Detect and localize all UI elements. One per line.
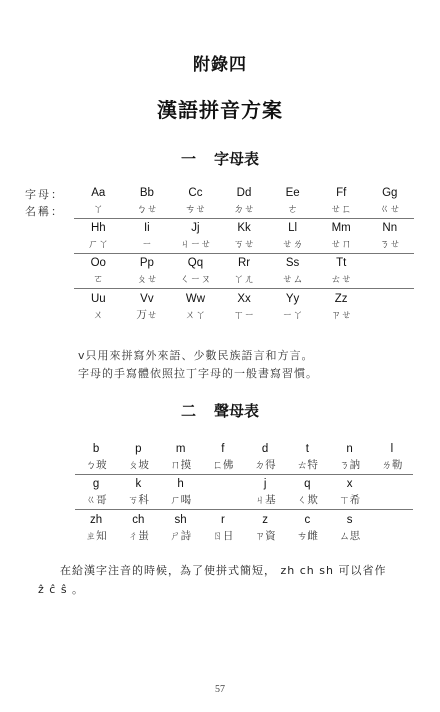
table-row: gㄍ哥kㄎ科hㄏ喝 jㄐ基qㄑ欺xㄒ希: [75, 475, 413, 510]
page-title: 漢語拼音方案: [0, 94, 440, 123]
table-row: UuㄨVvㄪㄝWwㄨㄚXxㄒㄧYyㄧㄚZzㄗㄝ: [74, 289, 414, 324]
table-cell: dㄉ得: [244, 440, 286, 474]
table-cell: Ffㄝㄈ: [317, 184, 366, 218]
bopomofo: ㄌ勒: [371, 457, 413, 473]
letter: n: [329, 441, 371, 457]
letter: Bb: [123, 185, 172, 201]
letter: Ss: [268, 255, 317, 271]
table-cell: [371, 510, 413, 545]
label-letter: 字母：: [25, 186, 64, 203]
bopomofo: ㄈ佛: [202, 457, 244, 473]
table-cell: kㄎ科: [117, 475, 159, 509]
table-cell: Eeㄜ: [268, 184, 317, 218]
letter: p: [117, 441, 159, 457]
letter: Ff: [317, 185, 366, 201]
letter: f: [202, 441, 244, 457]
table-cell: Ccㄘㄝ: [171, 184, 220, 218]
letter: q: [286, 476, 328, 492]
bopomofo: ㄔ蚩: [117, 528, 159, 544]
bopomofo: ㄊㄝ: [317, 271, 366, 287]
paragraph: 在給漢字注音的時候，為了使拼式簡短， zh ch sh 可以省作 ẑ ĉ ŝ 。: [38, 561, 426, 599]
letter: Vv: [123, 291, 172, 307]
bopomofo: ㄘㄝ: [171, 201, 220, 217]
alphabet-table: AaㄚBbㄅㄝCcㄘㄝDdㄉㄝEeㄜFfㄝㄈGgㄍㄝHhㄏㄚIiㄧJjㄐㄧㄝKk…: [74, 184, 414, 324]
letter: Ii: [123, 220, 172, 236]
letter: Rr: [220, 255, 269, 271]
letter: m: [160, 441, 202, 457]
section-number: 一: [181, 148, 196, 169]
table-cell: mㄇ摸: [160, 440, 202, 474]
section-title: 聲母表: [214, 402, 259, 420]
note-line-2: 字母的手寫體依照拉丁字母的一般書寫習慣。: [78, 365, 318, 381]
table-cell: Uuㄨ: [74, 289, 123, 324]
bopomofo: ㄐㄧㄝ: [171, 236, 220, 252]
bopomofo: ㄋ訥: [329, 457, 371, 473]
letter: Jj: [171, 220, 220, 236]
letter: Nn: [365, 220, 414, 236]
initials-table: bㄅ玻pㄆ坡mㄇ摸fㄈ佛dㄉ得tㄊ特nㄋ訥lㄌ勒gㄍ哥kㄎ科hㄏ喝 jㄐ基qㄑ欺…: [75, 440, 413, 545]
letter: sh: [160, 512, 202, 528]
bopomofo: ㄝㄇ: [317, 236, 366, 252]
table-cell: hㄏ喝: [160, 475, 202, 509]
bopomofo: ㄍ哥: [75, 492, 117, 508]
letter: Dd: [220, 185, 269, 201]
letter: Xx: [220, 291, 269, 307]
letter: Yy: [268, 291, 317, 307]
bopomofo: ㄘ雌: [286, 528, 328, 544]
table-cell: Ssㄝㄙ: [268, 254, 317, 288]
letter: s: [329, 512, 371, 528]
table-cell: Qqㄑㄧㄡ: [171, 254, 220, 288]
bopomofo: ㄒㄧ: [220, 307, 269, 323]
table-cell: [365, 254, 414, 288]
letter: Hh: [74, 220, 123, 236]
bopomofo: ㄙ思: [329, 528, 371, 544]
bopomofo: ㄧㄚ: [268, 307, 317, 323]
bopomofo: ㄆ坡: [117, 457, 159, 473]
letter: c: [286, 512, 328, 528]
table-row: OoㄛPpㄆㄝQqㄑㄧㄡRrㄚㄦSsㄝㄙTtㄊㄝ: [74, 254, 414, 289]
table-cell: zㄗ資: [244, 510, 286, 545]
note-line-1: v只用來拼寫外來語、少數民族語言和方言。: [78, 347, 314, 363]
page-number: 57: [0, 684, 440, 695]
bopomofo: ㄑㄧㄡ: [171, 271, 220, 287]
bopomofo: ㄛ: [74, 271, 123, 287]
bopomofo: ㄚㄦ: [220, 271, 269, 287]
table-row: zhㄓ知chㄔ蚩shㄕ詩rㄖ日zㄗ資cㄘ雌sㄙ思: [75, 510, 413, 545]
table-cell: Bbㄅㄝ: [123, 184, 172, 218]
label-name: 名稱：: [25, 203, 64, 220]
letter: Zz: [317, 291, 366, 307]
bopomofo: ㄆㄝ: [123, 271, 172, 287]
bopomofo: ㄗㄝ: [317, 307, 366, 323]
bopomofo: [371, 528, 413, 544]
bopomofo: ㄖ日: [202, 528, 244, 544]
bopomofo: ㄗ資: [244, 528, 286, 544]
bopomofo: ㄉㄝ: [220, 201, 269, 217]
table-row: bㄅ玻pㄆ坡mㄇ摸fㄈ佛dㄉ得tㄊ特nㄋ訥lㄌ勒: [75, 440, 413, 475]
bopomofo: ㄅㄝ: [123, 201, 172, 217]
letter: [371, 512, 413, 528]
table-cell: fㄈ佛: [202, 440, 244, 474]
table-cell: Kkㄎㄝ: [220, 219, 269, 253]
bopomofo: ㄜ: [268, 201, 317, 217]
section-title: 字母表: [214, 150, 259, 168]
table-row: AaㄚBbㄅㄝCcㄘㄝDdㄉㄝEeㄜFfㄝㄈGgㄍㄝ: [74, 184, 414, 219]
bopomofo: ㄚ: [74, 201, 123, 217]
bopomofo: ㄇ摸: [160, 457, 202, 473]
letter: Tt: [317, 255, 366, 271]
table-cell: Iiㄧ: [123, 219, 172, 253]
table-cell: Aaㄚ: [74, 184, 123, 218]
letter: Oo: [74, 255, 123, 271]
bopomofo: ㄧ: [123, 236, 172, 252]
letter: Kk: [220, 220, 269, 236]
bopomofo: ㄒ希: [329, 492, 371, 508]
letter: j: [244, 476, 286, 492]
bopomofo: [365, 307, 414, 323]
table-cell: Wwㄨㄚ: [171, 289, 220, 324]
table-cell: Hhㄏㄚ: [74, 219, 123, 253]
letter: b: [75, 441, 117, 457]
table-cell: Xxㄒㄧ: [220, 289, 269, 324]
table-cell: Nnㄋㄝ: [365, 219, 414, 253]
bopomofo: [202, 492, 244, 508]
bopomofo: ㄋㄝ: [365, 236, 414, 252]
table-cell: Yyㄧㄚ: [268, 289, 317, 324]
letter: Qq: [171, 255, 220, 271]
letter: Gg: [365, 185, 414, 201]
table-cell: tㄊ特: [286, 440, 328, 474]
bopomofo: ㄨ: [74, 307, 123, 323]
letter: g: [75, 476, 117, 492]
table-cell: cㄘ雌: [286, 510, 328, 545]
letter: d: [244, 441, 286, 457]
table-cell: Zzㄗㄝ: [317, 289, 366, 324]
bopomofo: ㄨㄚ: [171, 307, 220, 323]
table-cell: rㄖ日: [202, 510, 244, 545]
letter: ch: [117, 512, 159, 528]
bopomofo: ㄑ欺: [286, 492, 328, 508]
bopomofo: ㄝㄙ: [268, 271, 317, 287]
table-cell: zhㄓ知: [75, 510, 117, 545]
letter: x: [329, 476, 371, 492]
bopomofo: ㄝㄌ: [268, 236, 317, 252]
letter: Pp: [123, 255, 172, 271]
table-cell: [202, 475, 244, 509]
table-cell: Ddㄉㄝ: [220, 184, 269, 218]
table-cell: Mmㄝㄇ: [317, 219, 366, 253]
letter: z: [244, 512, 286, 528]
table-cell: Vvㄪㄝ: [123, 289, 172, 324]
letter: [365, 255, 414, 271]
letter: h: [160, 476, 202, 492]
table-cell: jㄐ基: [244, 475, 286, 509]
table-cell: [371, 475, 413, 509]
letter: Mm: [317, 220, 366, 236]
table-cell: Ggㄍㄝ: [365, 184, 414, 218]
table-cell: sㄙ思: [329, 510, 371, 545]
bopomofo: ㄕ詩: [160, 528, 202, 544]
appendix-label: 附錄四: [0, 50, 440, 75]
bopomofo: ㄍㄝ: [365, 201, 414, 217]
table-cell: xㄒ希: [329, 475, 371, 509]
paragraph-line-1: 在給漢字注音的時候，為了使拼式簡短， zh ch sh 可以省作: [60, 564, 386, 577]
table-cell: shㄕ詩: [160, 510, 202, 545]
table-cell: Ooㄛ: [74, 254, 123, 288]
table-cell: Ppㄆㄝ: [123, 254, 172, 288]
letter: Ll: [268, 220, 317, 236]
table-cell: bㄅ玻: [75, 440, 117, 474]
bopomofo: ㄓ知: [75, 528, 117, 544]
table-cell: Llㄝㄌ: [268, 219, 317, 253]
section-number: 二: [181, 400, 196, 421]
bopomofo: [365, 271, 414, 287]
table-cell: pㄆ坡: [117, 440, 159, 474]
row-labels: 字母： 名稱：: [25, 186, 64, 220]
bopomofo: ㄉ得: [244, 457, 286, 473]
table-cell: Ttㄊㄝ: [317, 254, 366, 288]
table-cell: Jjㄐㄧㄝ: [171, 219, 220, 253]
letter: Ee: [268, 185, 317, 201]
bopomofo: ㄊ特: [286, 457, 328, 473]
letter: Uu: [74, 291, 123, 307]
table-cell: [365, 289, 414, 324]
letter: r: [202, 512, 244, 528]
letter: Ww: [171, 291, 220, 307]
table-row: HhㄏㄚIiㄧJjㄐㄧㄝKkㄎㄝLlㄝㄌMmㄝㄇNnㄋㄝ: [74, 219, 414, 254]
bopomofo: ㄐ基: [244, 492, 286, 508]
table-cell: nㄋ訥: [329, 440, 371, 474]
section-heading-initials: 二聲母表: [0, 400, 440, 421]
bopomofo: ㄏㄚ: [74, 236, 123, 252]
bopomofo: [371, 492, 413, 508]
bopomofo: ㄪㄝ: [123, 307, 172, 323]
bopomofo: ㄏ喝: [160, 492, 202, 508]
paragraph-line-2: ẑ ĉ ŝ 。: [38, 580, 426, 599]
bopomofo: ㄎ科: [117, 492, 159, 508]
bopomofo: ㄝㄈ: [317, 201, 366, 217]
letter: k: [117, 476, 159, 492]
table-cell: gㄍ哥: [75, 475, 117, 509]
letter: t: [286, 441, 328, 457]
letter: [371, 476, 413, 492]
letter: [365, 291, 414, 307]
table-cell: qㄑ欺: [286, 475, 328, 509]
letter: [202, 476, 244, 492]
letter: Aa: [74, 185, 123, 201]
bopomofo: ㄅ玻: [75, 457, 117, 473]
letter: Cc: [171, 185, 220, 201]
section-heading-alphabet: 一字母表: [0, 148, 440, 169]
table-cell: lㄌ勒: [371, 440, 413, 474]
letter: l: [371, 441, 413, 457]
table-cell: Rrㄚㄦ: [220, 254, 269, 288]
table-cell: chㄔ蚩: [117, 510, 159, 545]
bopomofo: ㄎㄝ: [220, 236, 269, 252]
letter: zh: [75, 512, 117, 528]
